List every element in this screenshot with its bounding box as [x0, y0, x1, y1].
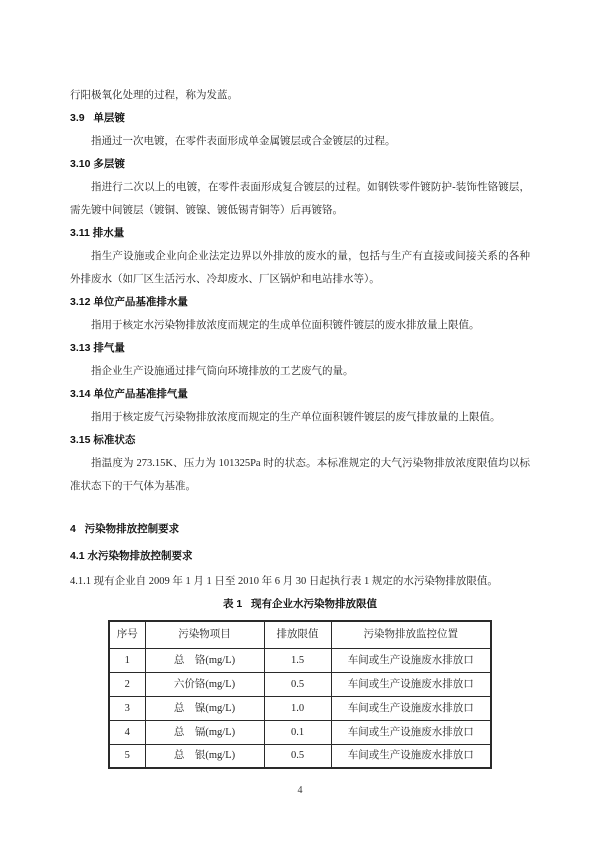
- table-cell-item: 总 铬(mg/L): [145, 648, 264, 672]
- section-body-3-10: 指进行二次以上的电镀，在零件表面形成复合镀层的过程。如钢铁零件镀防护-装饰性铬镀…: [70, 176, 530, 222]
- table-cell-limit: 1.0: [264, 696, 331, 720]
- table-cell-limit: 0.1: [264, 720, 331, 744]
- table-cell-no: 4: [109, 720, 145, 744]
- table-cell-no: 3: [109, 696, 145, 720]
- table-row: 5 总 银(mg/L) 0.5 车间或生产设施废水排放口: [109, 744, 491, 768]
- table1-caption: 表 1 现有企业水污染物排放限值: [70, 593, 530, 616]
- chapter-heading-4: 4 污染物排放控制要求: [70, 518, 530, 541]
- table-cell-no: 2: [109, 672, 145, 696]
- table-cell-limit: 0.5: [264, 672, 331, 696]
- table-header-cell-loc: 污染物排放监控位置: [331, 621, 491, 648]
- table-row: 4 总 镉(mg/L) 0.1 车间或生产设施废水排放口: [109, 720, 491, 744]
- clause-4-1-1: 4.1.1 现有企业自 2009 年 1 月 1 日至 2010 年 6 月 3…: [70, 570, 530, 593]
- table-cell-loc: 车间或生产设施废水排放口: [331, 720, 491, 744]
- table-cell-limit: 1.5: [264, 648, 331, 672]
- table-cell-loc: 车间或生产设施废水排放口: [331, 648, 491, 672]
- table-cell-no: 1: [109, 648, 145, 672]
- table-row: 3 总 镍(mg/L) 1.0 车间或生产设施废水排放口: [109, 696, 491, 720]
- table1-water-pollutant-limits: 序号 污染物项目 排放限值 污染物排放监控位置 1 总 铬(mg/L) 1.5 …: [108, 620, 492, 769]
- table-cell-item: 六价铬(mg/L): [145, 672, 264, 696]
- table-header-cell-no: 序号: [109, 621, 145, 648]
- section-heading-3-9: 3.9 单层镀: [70, 107, 530, 130]
- table-cell-loc: 车间或生产设施废水排放口: [331, 696, 491, 720]
- carryover-paragraph-line: 行阳极氧化处理的过程，称为发蓝。: [70, 84, 530, 107]
- section-body-3-14: 指用于核定废气污染物排放浓度而规定的生产单位面积镀件镀层的废气排放量的上限值。: [70, 406, 530, 429]
- section-heading-3-14: 3.14 单位产品基准排气量: [70, 383, 530, 406]
- section-body-3-13: 指企业生产设施通过排气筒向环境排放的工艺废气的量。: [70, 360, 530, 383]
- table-cell-limit: 0.5: [264, 744, 331, 768]
- section-body-3-11: 指生产设施或企业向企业法定边界以外排放的废水的量，包括与生产有直接或间接关系的各…: [70, 245, 530, 291]
- table-header-row: 序号 污染物项目 排放限值 污染物排放监控位置: [109, 621, 491, 648]
- section-heading-4-1: 4.1 水污染物排放控制要求: [70, 545, 530, 568]
- table-cell-no: 5: [109, 744, 145, 768]
- section-body-3-12: 指用于核定水污染物排放浓度而规定的生成单位面积镀件镀层的废水排放量上限值。: [70, 314, 530, 337]
- table-cell-item: 总 镉(mg/L): [145, 720, 264, 744]
- section-body-3-15: 指温度为 273.15K、压力为 101325Pa 时的状态。本标准规定的大气污…: [70, 452, 530, 498]
- document-page: 行阳极氧化处理的过程，称为发蓝。 3.9 单层镀 指通过一次电镀，在零件表面形成…: [0, 0, 600, 848]
- page-number: 4: [0, 784, 600, 798]
- table-header-cell-item: 污染物项目: [145, 621, 264, 648]
- section-heading-3-13: 3.13 排气量: [70, 337, 530, 360]
- table-header-cell-limit: 排放限值: [264, 621, 331, 648]
- table-cell-loc: 车间或生产设施废水排放口: [331, 672, 491, 696]
- table-cell-item: 总 镍(mg/L): [145, 696, 264, 720]
- section-heading-3-15: 3.15 标准状态: [70, 429, 530, 452]
- section-body-3-9: 指通过一次电镀，在零件表面形成单金属镀层或合金镀层的过程。: [70, 130, 530, 153]
- table-cell-loc: 车间或生产设施废水排放口: [331, 744, 491, 768]
- table-row: 2 六价铬(mg/L) 0.5 车间或生产设施废水排放口: [109, 672, 491, 696]
- section-heading-3-12: 3.12 单位产品基准排水量: [70, 291, 530, 314]
- section-heading-3-11: 3.11 排水量: [70, 222, 530, 245]
- table-cell-item: 总 银(mg/L): [145, 744, 264, 768]
- table-row: 1 总 铬(mg/L) 1.5 车间或生产设施废水排放口: [109, 648, 491, 672]
- section-heading-3-10: 3.10 多层镀: [70, 153, 530, 176]
